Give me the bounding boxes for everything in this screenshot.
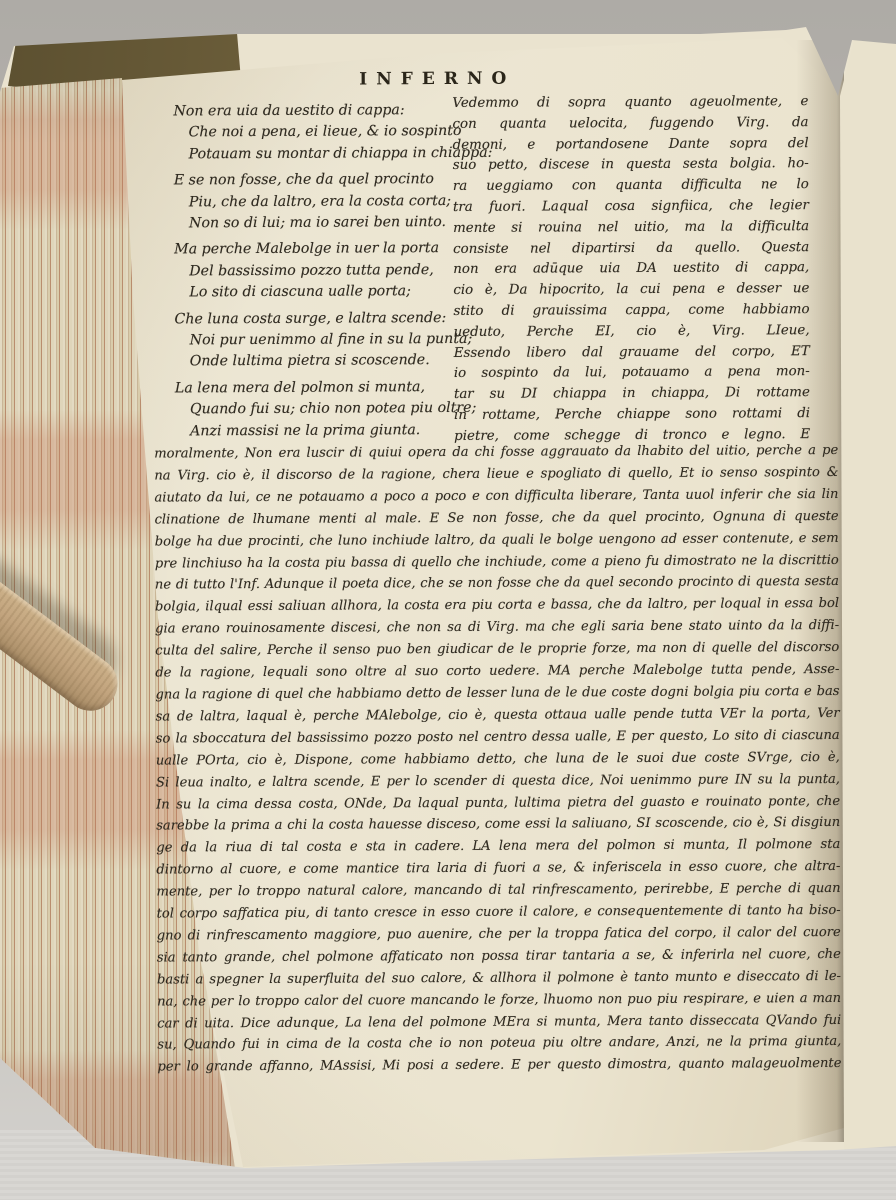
text-line: mente si rouina nel uitio, ma la difficu…: [453, 217, 809, 240]
text-line: suo petto, discese in questa sesta bolgi…: [453, 154, 809, 177]
text-line: ualle POrta, cio è, Dispone, come habbia…: [156, 747, 840, 772]
text-line: tra fuori. Laqual cosa signfiica, che le…: [453, 196, 809, 219]
text-line: Piu, che da laltro, era la costa corta;: [174, 190, 480, 213]
text-line: Non era uia da uestito di cappa:: [173, 100, 479, 123]
text-line: Che luna costa surge, e laltra scende:: [174, 307, 480, 330]
text-line: aiutato da lui, ce ne potauamo a poco a …: [154, 484, 838, 509]
running-head: INFERNO: [237, 68, 637, 90]
text-line: io sospinto da lui, potauamo a pena mon-: [454, 362, 810, 385]
text-line: Anzi massisi ne la prima giunta.: [175, 420, 481, 443]
text-line: Non so di lui; ma io sarei ben uinto.: [174, 212, 480, 235]
page-text-layer: INFERNO Non era uia da uestito di cappa:…: [0, 0, 896, 1200]
text-line: in rottame, Perche chiappe sono rottami …: [454, 404, 810, 427]
text-line: Quando fui su; chio non potea piu oltre;: [175, 398, 481, 421]
text-line: Si leua inalto, e laltra scende, E per l…: [156, 769, 840, 794]
text-line: Ma perche Malebolge in uer la porta: [174, 238, 480, 261]
text-line: basti a spegner la superfluita del suo c…: [157, 966, 841, 991]
open-book: INFERNO Non era uia da uestito di cappa:…: [0, 0, 896, 1200]
text-line: Onde lultima pietra si scoscende.: [175, 350, 481, 373]
commentary-right-column: Vedemmo di sopra quanto ageuolmente, eco…: [452, 92, 810, 447]
text-line: Lo sito di ciascuna ualle porta;: [174, 281, 480, 304]
text-line: con quanta uelocita, fuggendo Virg. da: [452, 113, 808, 136]
text-line: La lena mera del polmon si munta,: [175, 377, 481, 400]
text-line: E se non fosse, che da quel procinto: [174, 169, 480, 192]
text-line: non era adūque uia DA uestito di cappa,: [453, 258, 809, 281]
text-line: per lo grande affanno, MAssisi, Mi posi …: [157, 1053, 841, 1078]
text-line: Noi pur uenimmo al fine in su la punta;: [175, 329, 481, 352]
text-line: consiste nel dipartirsi da quello. Quest…: [453, 238, 809, 261]
text-line: bolge ha due procinti, che luno inchiude…: [155, 528, 839, 553]
text-line: Essendo libero dal grauame del corpo, ET: [454, 342, 810, 365]
text-line: sia tanto grande, chel polmone affaticat…: [157, 944, 841, 969]
text-line: ra ueggiamo con quanta difficulta ne lo: [453, 175, 809, 198]
text-line: Potauam su montar di chiappa in chiappa:: [174, 143, 480, 166]
text-line: so la sboccatura del bassissimo pozzo po…: [156, 725, 840, 750]
text-line: na, che per lo troppo calor del cuore ma…: [157, 988, 841, 1013]
text-line: cio è, Da hipocrito, la cui pena e desse…: [453, 279, 809, 302]
text-line: stito di grauissima cappa, come habbiamo: [453, 300, 809, 323]
text-line: tar su DI chiappa in chiappa, Di rottame: [454, 383, 810, 406]
text-line: clinatione de lhumane menti al male. E S…: [155, 506, 839, 531]
text-line: Del bassissimo pozzo tutta pende,: [174, 260, 480, 283]
text-line: Che noi a pena, ei lieue, & io sospinto: [173, 121, 479, 144]
book-photograph: INFERNO Non era uia da uestito di cappa:…: [0, 0, 896, 1200]
text-line: ueduto, Perche EI, cio è, Virg. LIeue,: [454, 321, 810, 344]
text-line: Vedemmo di sopra quanto ageuolmente, e: [452, 92, 808, 115]
text-line: demoni, e portandosene Dante sopra del: [453, 134, 809, 157]
verse-column: Non era uia da uestito di cappa:Che noi …: [173, 100, 481, 443]
commentary-bottom-block: moralmente, Non era luscir di quiui oper…: [154, 440, 841, 1079]
